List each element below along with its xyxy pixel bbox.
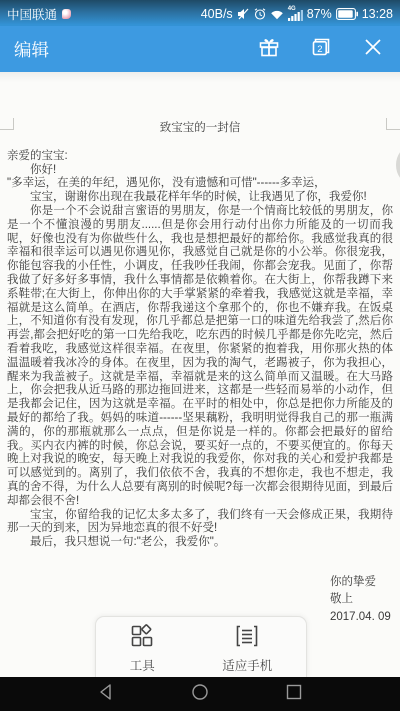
nav-back-button[interactable] <box>83 681 129 707</box>
bottom-toolbar-sheet: 工具 适应手机 <box>95 616 307 677</box>
doc-greeting: 你好! <box>7 164 393 178</box>
doc-paragraph: 宝宝，谢谢你出现在我最花样年华的时候，让我遇见了你，我爱你! <box>7 191 393 205</box>
doc-quote-line: "多幸运，在美的年纪，遇见你，没有遗憾和可惜"------多幸运， <box>7 177 393 191</box>
battery-percent-label: 87% <box>307 7 332 21</box>
window-switcher-icon: 2 <box>309 35 333 64</box>
mute-icon <box>237 8 250 20</box>
fit-to-phone-icon <box>234 624 260 653</box>
svg-text:2: 2 <box>317 44 322 55</box>
net-speed-label: 40B/s <box>201 7 233 21</box>
back-icon <box>97 683 115 706</box>
fit-to-phone-label: 适应手机 <box>222 656 272 674</box>
doc-paragraph: 最后，我只想说一句:"老公，我爱你"。 <box>7 536 393 550</box>
battery-icon <box>336 8 358 20</box>
signal-4g-icon: 4G <box>288 8 303 21</box>
tools-icon <box>130 624 154 653</box>
signature-closing: 敬上 <box>330 591 393 609</box>
clock-label: 13:28 <box>362 7 393 21</box>
gift-icon <box>257 35 281 64</box>
page-title: 编辑 <box>14 37 49 62</box>
tools-label: 工具 <box>130 656 155 674</box>
close-icon <box>362 36 384 63</box>
tools-button[interactable]: 工具 <box>130 624 155 674</box>
close-button[interactable] <box>360 36 386 62</box>
android-nav-bar <box>0 677 400 711</box>
status-bar: 中国联通 40B/s 4G 87% 13:28 <box>0 0 400 26</box>
floating-scroll-ring[interactable] <box>396 143 400 187</box>
carrier-label: 中国联通 <box>7 5 57 23</box>
document-page[interactable]: 致宝宝的一封信 亲爱的宝宝: 你好! "多幸运，在美的年纪，遇见你，没有遗憾和可… <box>0 72 400 677</box>
nav-recents-button[interactable] <box>271 681 317 707</box>
doc-signature: 你的挚爱 敬上 2017.04. 09 <box>330 574 393 627</box>
signature-date: 2017.04. 09 <box>330 609 393 627</box>
doc-paragraph: 你是一个不会说甜言蜜语的男朋友，你是一个情商比较低的男朋友，你是一个不懂浪漫的男… <box>7 205 393 509</box>
home-icon <box>191 683 209 706</box>
carrier-badge-icon <box>62 9 71 19</box>
signature-name: 你的挚爱 <box>330 574 393 592</box>
window-switcher-button[interactable]: 2 <box>308 36 334 62</box>
alarm-clock-icon <box>254 8 266 20</box>
gift-button[interactable] <box>256 36 282 62</box>
app-toolbar: 编辑 2 <box>0 26 400 72</box>
doc-paragraph: 宝宝，你留给我的记忆太多太多了，我们终有一天会修成正果，我期待那一天的到来，因为… <box>7 509 393 537</box>
fit-to-phone-button[interactable]: 适应手机 <box>222 624 272 674</box>
doc-salutation: 亲爱的宝宝: <box>7 150 393 164</box>
nav-home-button[interactable] <box>177 681 223 707</box>
wifi-icon <box>270 9 284 20</box>
document-text: 致宝宝的一封信 亲爱的宝宝: 你好! "多幸运，在美的年纪，遇见你，没有遗憾和可… <box>7 122 393 626</box>
document-title: 致宝宝的一封信 <box>7 122 393 136</box>
recents-icon <box>285 683 303 706</box>
phone-screen: 中国联通 40B/s 4G 87% 13:28 <box>0 0 400 711</box>
